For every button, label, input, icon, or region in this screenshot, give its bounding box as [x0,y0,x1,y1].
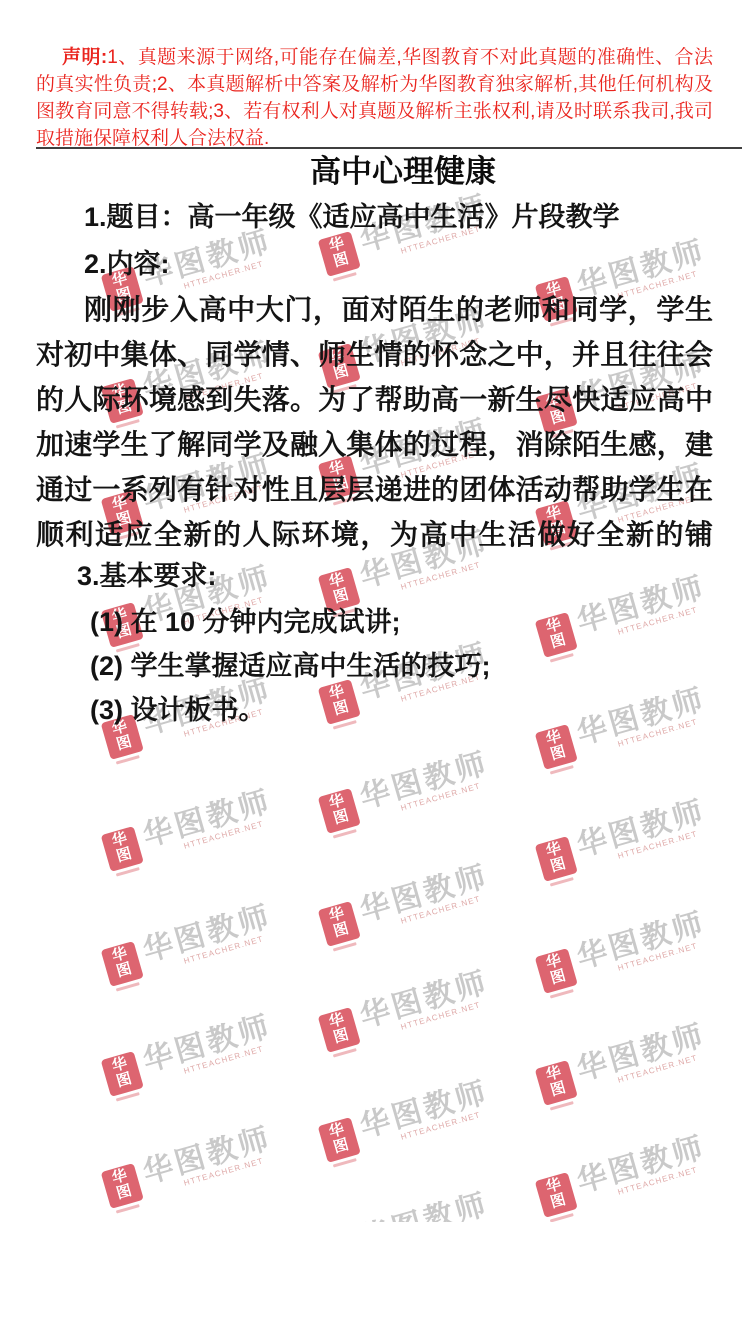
disclaimer-label: 声明: [62,47,107,68]
disclaimer-text: 1、真题来源于网络,可能存在偏差,华图教育不对此真题的准确性、合法性以及内容 [36,47,713,71]
disclaimer-line: 声明:1、真题来源于网络,可能存在偏差,华图教育不对此真题的准确性、合法性以及内… [36,44,713,71]
document-page: 华图华图教师HTTEACHER.NET华图华图教师HTTEACHER.NET华图… [0,0,748,1335]
disclaimer-block: 声明:1、真题来源于网络,可能存在偏差,华图教育不对此真题的准确性、合法性以及内… [36,44,713,152]
paragraph-line: 对初中集体、同学情、师生情的怀念之中，并且往往会因为陌生 [36,332,713,377]
page-title: 高中心理健康 [58,155,748,189]
divider-line [36,147,742,149]
requirement-item: (1) 在 10 分钟内完成试讲; [90,608,401,638]
paragraph-line: 通过一系列有针对性且层层递进的团体活动帮助学生在高一初期 [36,467,713,512]
paragraph-line: 的人际环境感到失落。为了帮助高一新生尽快适应高中人际环境, [36,377,713,422]
paragraph-line: 加速学生了解同学及融入集体的过程，消除陌生感，建立归属感, [36,422,713,467]
disclaimer-line: 的真实性负责;2、本真题解析中答案及解析为华图教育独家解析,其他任何机构及个人未… [36,71,713,98]
disclaimer-line: 图教育同意不得转载;3、若有权利人对真题及解析主张权利,请及时联系我司,我司将依… [36,98,713,125]
content-label: 2.内容: [84,250,170,280]
requirement-item: (2) 学生掌握适应高中生活的技巧; [90,652,491,682]
content-paragraph: 刚刚步入高中大门，面对陌生的老师和同学，学生容易陷入 对初中集体、同学情、师生情… [36,287,713,557]
document-content: 声明:1、真题来源于网络,可能存在偏差,华图教育不对此真题的准确性、合法性以及内… [0,0,748,1335]
requirement-item: (3) 设计板书。 [90,696,266,726]
paragraph-line: 顺利适应全新的人际环境，为高中生活做好全新的铺垫。 [36,512,713,557]
topic-line: 1.题目：高一年级《适应高中生活》片段教学 [84,203,620,233]
paragraph-line: 刚刚步入高中大门，面对陌生的老师和同学，学生容易陷入 [36,287,713,332]
requirements-label: 3.基本要求: [77,562,217,592]
